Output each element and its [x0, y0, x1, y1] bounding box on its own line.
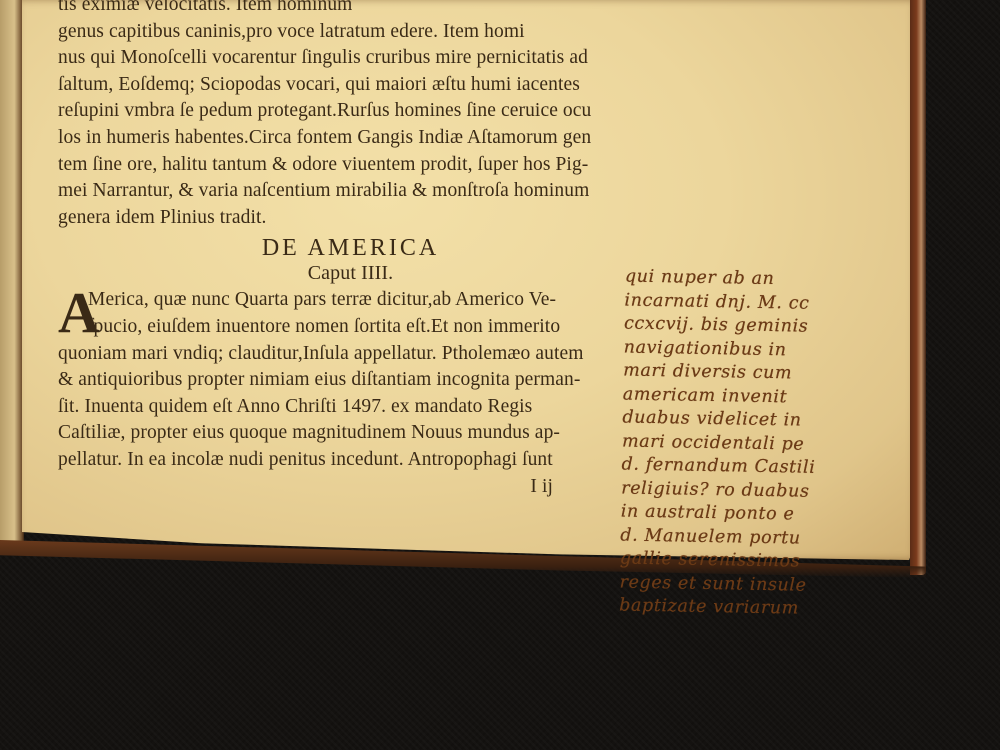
text-line: ſit. Inuenta quidem eſt Anno Chriſti 149… [58, 394, 643, 421]
text-line: Merica, quæ nunc Quarta pars terræ dicit… [58, 287, 643, 314]
text-line: mei Narrantur, & varia naſcentium mirabi… [58, 178, 643, 205]
text-line: quoniam mari vndiq; clauditur,Inſula app… [58, 341, 643, 368]
handwritten-marginalia: qui nuper ab an incarnati dnj. M. cc ccx… [619, 265, 915, 623]
paragraph: A Merica, quæ nunc Quarta pars terræ dic… [58, 287, 643, 473]
text-line: pellatur. In ea incolæ nudi penitus ince… [58, 447, 643, 474]
chapter-subheading: Caput IIII. [58, 261, 643, 285]
text-line: los in humeris habentes.Circa fontem Gan… [58, 125, 643, 152]
text-line: ſaltum, Eoſdemq; Sciopodas vocari, qui m… [58, 72, 643, 99]
text-line: & antiquioribus propter nimiam eius diſt… [58, 367, 643, 394]
text-line: Caſtiliæ, propter eius quoque magnitudin… [58, 420, 643, 447]
text-line: genus capitibus caninis,pro voce latratu… [58, 19, 643, 46]
chapter-heading: DE AMERICA [58, 235, 643, 261]
signature-mark: I ij [58, 474, 643, 501]
drop-cap: A [58, 287, 100, 339]
text-line: ſpucio, eiuſdem inuentore nomen ſortita … [58, 314, 643, 341]
marginalia-line: baptizate variarum [619, 594, 909, 623]
text-line: genera idem Plinius tradit. [58, 205, 643, 232]
text-line: nus qui Monoſcelli vocarentur ſingulis c… [58, 45, 643, 72]
printed-text-block: tis eximiæ velocitatis. Item hominum gen… [58, 0, 643, 500]
text-line: tem ſine ore, halitu tantum & odore viue… [58, 152, 643, 179]
text-line: tis eximiæ velocitatis. Item hominum [58, 0, 643, 19]
facing-page-edge [0, 0, 24, 545]
text-line: reſupini vmbra ſe pedum protegant.Rurſus… [58, 98, 643, 125]
